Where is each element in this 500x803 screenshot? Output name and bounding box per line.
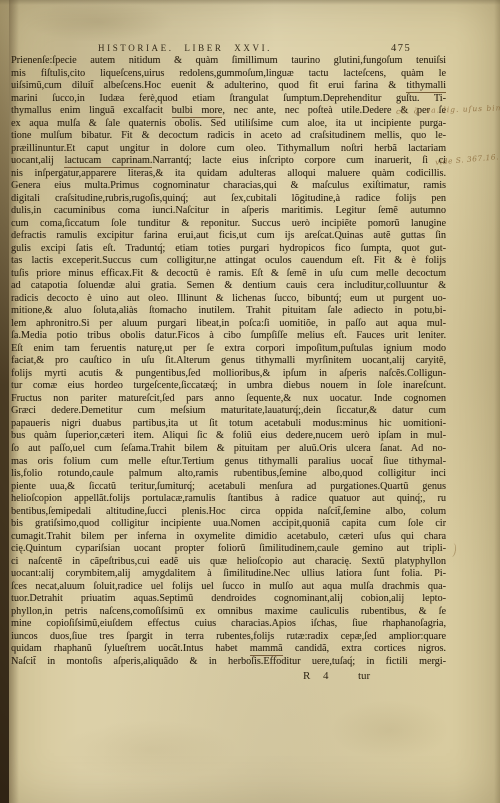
text-line: Fructus non pariter matureſcit,ſed pars … bbox=[11, 393, 446, 406]
gathering-signature-letter: R bbox=[303, 670, 310, 682]
text-line: thymallus enim linguã excalfacit bulbi m… bbox=[11, 105, 446, 118]
text-line: dulis,in cacuminibus coma iunci.Naſcitur… bbox=[11, 205, 446, 218]
page-top-edge bbox=[0, 0, 500, 5]
text-line: ſces necat,aluum ſoluit,radice uel folij… bbox=[11, 581, 446, 594]
text-line: radicis decocto è uino aut oleo. Illinun… bbox=[11, 293, 446, 306]
text-line: ad catapotia ſoluendæ alui gratia. Semen… bbox=[11, 280, 446, 293]
text-line: ſa.Media potio tribus obolis datur.Ficos… bbox=[11, 330, 446, 343]
text-line: marini ſucco,in Iudæa ferè,quod etiam ſt… bbox=[11, 93, 446, 106]
text-line: Genera eius multa.Primus cognominatur ch… bbox=[11, 180, 446, 193]
text-line: digitali craſsitudine,rubris,rugoſis,qui… bbox=[11, 193, 446, 206]
text-line: helioſcopion appellãt.folijs portulacæ,r… bbox=[11, 493, 446, 506]
book-page-scan: HISTORIAE. LIBER XXVI. 475 Prienenſe:ſpe… bbox=[0, 0, 500, 803]
text-line: ci naſcentẽ in cãpeſtribus,cui eadẽ uis … bbox=[11, 556, 446, 569]
text-line: bis gratiſsimo,quod colligitur incipient… bbox=[11, 518, 446, 531]
text-line: mitione,& aluo ſoluta,aliàs ſtomacho inu… bbox=[11, 305, 446, 318]
text-line: Naſcit̃ in montoſis aſperis,aliquãdo & i… bbox=[11, 656, 446, 669]
body-text-block: Prienenſe:ſpecie autem nitidum & quàm ſi… bbox=[11, 55, 446, 668]
text-line: tione mulſum bibatur. Fit & decoctum rad… bbox=[11, 130, 446, 143]
paper-stain bbox=[24, 2, 174, 42]
ink-underline: bulbi more bbox=[172, 105, 223, 118]
text-line: cumagit.Trahit bilem per inferna in oxym… bbox=[11, 531, 446, 544]
text-line: Græci dedere.Demetitur cum meſsium matur… bbox=[11, 405, 446, 418]
ink-underline: lactucam caprinam. bbox=[64, 155, 152, 168]
text-line: defractis ramulis excipitur farina erui,… bbox=[11, 230, 446, 243]
paper-stain bbox=[330, 700, 450, 760]
ink-underline: mammã bbox=[250, 643, 283, 656]
text-line: lis,folio rotundo,caule palmum alto,rami… bbox=[11, 468, 446, 481]
text-line: uiſsimũ,cum diluit̃ albeſcens.Hoc euenit… bbox=[11, 80, 446, 93]
text-line: gulis excipi ſatis eſt. Traduntq́; etiam… bbox=[11, 243, 446, 256]
text-line: nis inſpergatur,apparere literas,& ita q… bbox=[11, 168, 446, 181]
gathering-signature-number: 4 bbox=[323, 670, 329, 682]
text-line: præillinuntur.Et caput ungitur in dolore… bbox=[11, 143, 446, 156]
page-number: 475 bbox=[391, 43, 411, 54]
text-line: bentibus,ſemipedali altitudine,ſucci ple… bbox=[11, 506, 446, 519]
catchword: tur bbox=[358, 670, 370, 682]
text-line: uocant,alij lactucam caprinam.Narrantq́;… bbox=[11, 155, 446, 168]
text-line: uocant:alij corymbitem,alij amygdalitem … bbox=[11, 568, 446, 581]
text-line: mas oris folium cum melle eſtur.Tertium … bbox=[11, 456, 446, 469]
signature-line: R 4 tur bbox=[0, 670, 500, 686]
text-line: mis fiſtulis,cito liqueſcens,uirus redol… bbox=[11, 68, 446, 81]
text-line: tuor.Detrahit priuatim aquas.Septimũ den… bbox=[11, 593, 446, 606]
text-line: ex aqua mulſa & ſale quaternis obolis. S… bbox=[11, 118, 446, 131]
text-line: faciat,& pro cauſtico in uſu ſit.Alterum… bbox=[11, 355, 446, 368]
text-line: folijs myrti acutis & pungentibus,ſed mo… bbox=[11, 368, 446, 381]
text-line: piente uua,& ſiccatũ teritur,ſumiturq́; … bbox=[11, 481, 446, 494]
text-line: cię.Quintum cypariſsian uocant propter f… bbox=[11, 543, 446, 556]
text-line: ſo aut paſſo,uel cum ſeſama.Trahit bilem… bbox=[11, 443, 446, 456]
text-line: tuſis priore minus efficax.Fit & decoctũ… bbox=[11, 268, 446, 281]
text-line: tur comæ eius hordeo turgeſcente,ſiccatæ… bbox=[11, 380, 446, 393]
text-line: papaueris nigri duabus partibus,ita ut ſ… bbox=[11, 418, 446, 431]
paper-stain bbox=[60, 720, 240, 780]
text-line: Prienenſe:ſpecie autem nitidum & quàm ſi… bbox=[11, 55, 446, 68]
text-line: mine copioſiſsimũ,eiuſdem effectus cuius… bbox=[11, 618, 446, 631]
running-head-title: HISTORIAE. LIBER XXVI. bbox=[98, 43, 272, 53]
text-line: phyllon,in petris naſcens,comoſiſsimũ ex… bbox=[11, 606, 446, 619]
text-line: lem aphronitro.Si per aluum purgari libe… bbox=[11, 318, 446, 331]
text-line: Eſt enim tam feruentis naturę,ut per ſe … bbox=[11, 343, 446, 356]
text-line: quidam rhaphanũ ſylueſtrem uocãt.Intus h… bbox=[11, 643, 446, 656]
text-line: cum coma,ſiccatum ſole tunditur & reponi… bbox=[11, 218, 446, 231]
text-line: iuncos duos,ſiue tres ſpargit in terra r… bbox=[11, 631, 446, 644]
text-line: bus quàm ſuperior,cæteri item. Aliqui ſi… bbox=[11, 430, 446, 443]
ink-underline: tithymalli bbox=[406, 80, 446, 93]
margin-pen-mark bbox=[448, 543, 457, 558]
text-line: tas lactis exceperit.Succus cum colligit… bbox=[11, 255, 446, 268]
